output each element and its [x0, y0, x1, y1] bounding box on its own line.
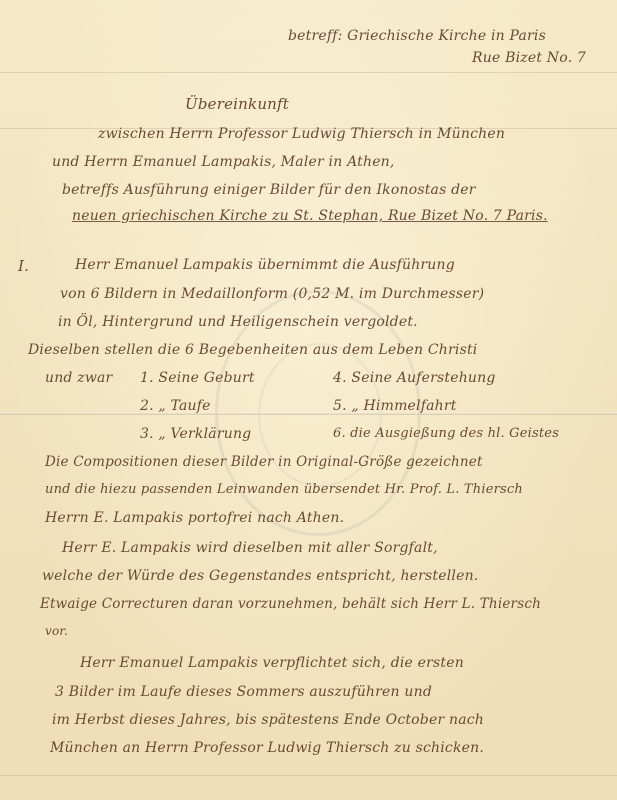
scene-number: 1. [140, 370, 154, 386]
scene-item: 4. Seine Auferstehung [333, 370, 496, 386]
paper-fold [0, 412, 617, 415]
scene-number: 4. [333, 370, 347, 386]
section-numeral: I. [18, 257, 29, 275]
scene-number: 5. [333, 398, 347, 414]
scene-item: 2. „ Taufe [140, 398, 211, 414]
section-line: Herr Emanuel Lampakis übernimmt die Ausf… [75, 257, 455, 273]
scene-item: 3. „ Verklärung [140, 426, 251, 442]
section-line: Dieselben stellen die 6 Begebenheiten au… [28, 342, 477, 358]
paragraph-line: und die hiezu passenden Leinwanden übers… [45, 482, 523, 497]
scene-item: 5. „ Himmelfahrt [333, 398, 457, 414]
intro-line: neuen griechischen Kirche zu St. Stephan… [72, 208, 548, 224]
section-line: von 6 Bildern in Medaillonform (0,52 M. … [60, 286, 484, 302]
header-line-1: betreff: Griechische Kirche in Paris [288, 28, 546, 44]
scene-label: „ Verklärung [158, 426, 251, 442]
paragraph-line: 3 Bilder im Laufe dieses Sommers auszufü… [55, 684, 432, 700]
paragraph-line: München an Herrn Professor Ludwig Thiers… [50, 740, 484, 756]
scene-number: 6. [333, 426, 346, 441]
document-title: Übereinkunft [185, 95, 289, 113]
intro-line: zwischen Herrn Professor Ludwig Thiersch… [98, 126, 505, 142]
header-line-2: Rue Bizet No. 7 [472, 50, 586, 66]
scene-label: „ Taufe [158, 398, 210, 414]
section-line: und zwar [45, 370, 112, 386]
paragraph-line: Die Compositionen dieser Bilder in Origi… [45, 454, 483, 470]
paragraph-line: Etwaige Correcturen daran vorzunehmen, b… [40, 596, 541, 612]
ruled-line [0, 775, 617, 776]
paragraph-line: welche der Würde des Gegenstandes entspr… [42, 568, 478, 584]
intro-line: betreffs Ausführung einiger Bilder für d… [62, 182, 476, 198]
ruled-line [0, 72, 617, 73]
scene-label: „ Himmelfahrt [351, 398, 456, 414]
section-line: in Öl, Hintergrund und Heiligenschein ve… [58, 314, 418, 330]
paragraph-line: vor. [45, 624, 68, 638]
scene-number: 2. [140, 398, 154, 414]
scene-number: 3. [140, 426, 154, 442]
paragraph-line: im Herbst dieses Jahres, bis spätestens … [52, 712, 484, 728]
scene-label: Seine Auferstehung [351, 370, 495, 386]
scene-label: die Ausgießung des hl. Geistes [350, 426, 559, 441]
scene-item: 6. die Ausgießung des hl. Geistes [333, 426, 559, 441]
paragraph-line: Herr E. Lampakis wird dieselben mit alle… [62, 540, 438, 556]
paragraph-line: Herr Emanuel Lampakis verpflichtet sich,… [80, 655, 464, 671]
paragraph-line: Herrn E. Lampakis portofrei nach Athen. [45, 510, 344, 526]
scene-label: Seine Geburt [158, 370, 254, 386]
scene-item: 1. Seine Geburt [140, 370, 255, 386]
intro-line: und Herrn Emanuel Lampakis, Maler in Ath… [52, 154, 395, 170]
